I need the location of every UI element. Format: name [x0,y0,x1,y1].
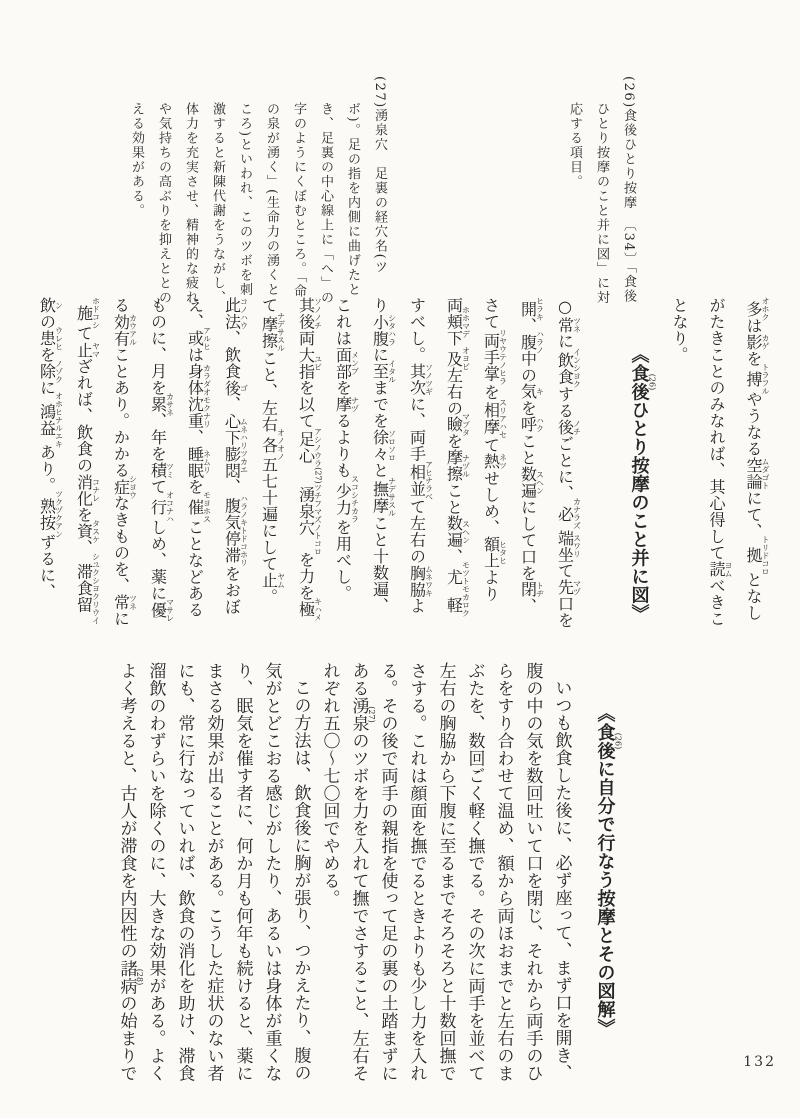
classical-section-heading: 《食後(26)ひとり按摩のこと并に図》 [624,297,657,629]
classical-text-section: 多オホクは影カゲを搏トラフルやうなる空論ムダゴトにて、拠トリドコロとなしがたきこ… [29,297,773,629]
translation-paragraph-2: この方法は、飲食後に胸が張り、つかえたり、腹の気がとどこおる感じがしたり、あるい… [112,662,315,1086]
translation-paragraph-1: いつも飲食した後に、必ず座って、まず口を開き、腹の中の気を数回吐いて口を閉じ、そ… [315,662,576,1086]
note-26: (26)食後ひとり按摩 〔34〕「食後ひとり按摩のこと并に図」に対応する項目。 [561,76,642,308]
translation-section: 《食後(26)に自分で行なう按摩とその図解》 いつも飲食した後に、必ず座って、ま… [112,662,623,1086]
page-number: 132 [743,1054,776,1070]
notes-section: (26)食後ひとり按摩 〔34〕「食後ひとり按摩のこと并に図」に対応する項目。 … [123,76,642,308]
translation-section-heading: 《食後(26)に自分で行なう按摩とその図解》 [588,662,623,1086]
note-27: (27)湧泉穴 足裏の経穴名(ツボ)。足の指を内側に曲げたとき、足裏の中心線上に… [123,76,393,308]
book-page: (26)食後ひとり按摩 〔34〕「食後ひとり按摩のこと并に図」に対応する項目。 … [0,0,800,1118]
classical-body-text: ○常ツネに飲食インシヨクする後ノチごとに、必カナラズ端坐スワリて先マヅ口を開ヒラ… [29,297,584,629]
classical-continuation-text: 多オホクは影カゲを搏トラフルやうなる空論ムダゴトにて、拠トリドコロとなしがたきこ… [661,297,772,629]
